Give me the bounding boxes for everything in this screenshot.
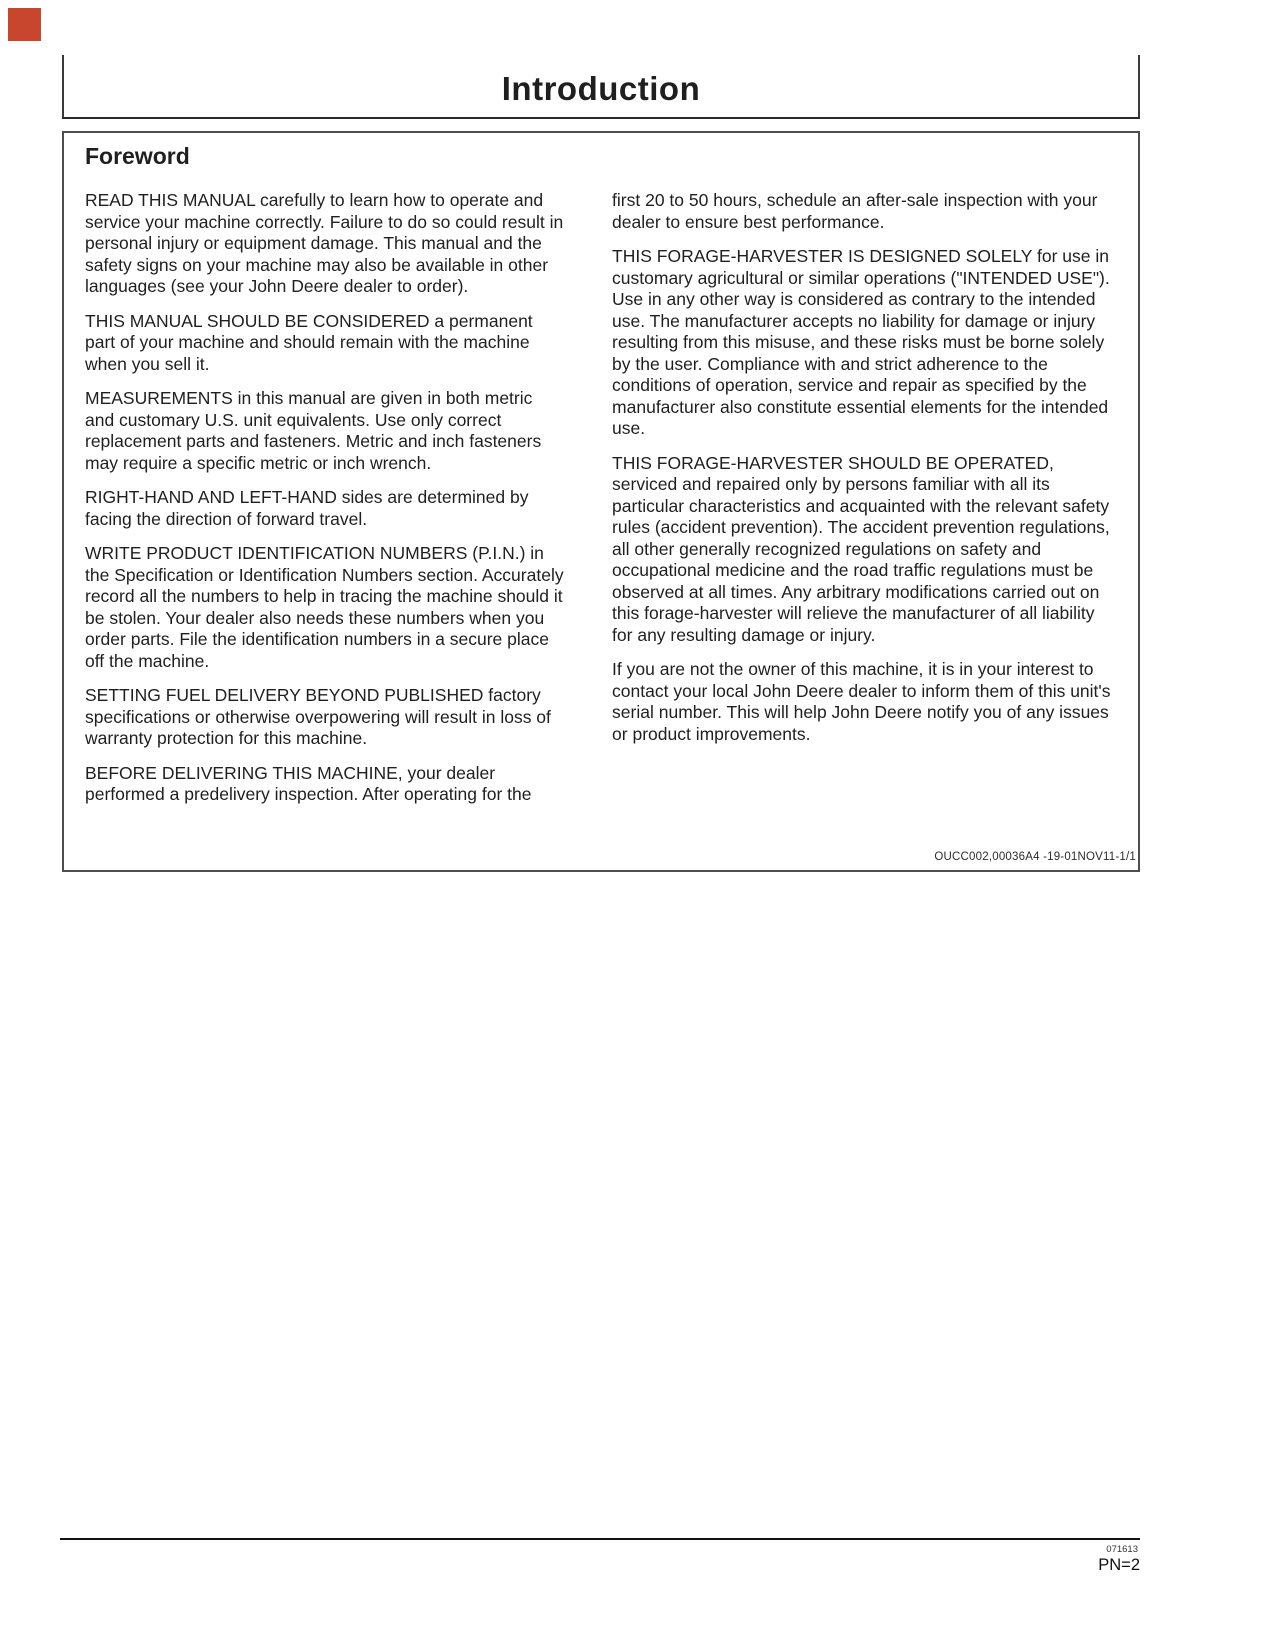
two-column-text: READ THIS MANUAL carefully to learn how … — [85, 190, 1115, 819]
foreword-section: Foreword READ THIS MANUAL carefully to l… — [62, 131, 1140, 872]
reference-code: OUCC002,00036A4 -19-01NOV11-1/1 — [934, 851, 1136, 863]
left-column: READ THIS MANUAL carefully to learn how … — [85, 190, 566, 819]
paragraph: If you are not the owner of this machine… — [612, 659, 1115, 745]
paragraph: SETTING FUEL DELIVERY BEYOND PUBLISHED f… — [85, 685, 566, 750]
section-tab-marker — [8, 8, 41, 41]
paragraph: WRITE PRODUCT IDENTIFICATION NUMBERS (P.… — [85, 543, 566, 672]
page-title: Introduction — [502, 72, 700, 117]
paragraph: MEASUREMENTS in this manual are given in… — [85, 388, 566, 474]
section-heading: Foreword — [85, 143, 1115, 170]
paragraph: THIS MANUAL SHOULD BE CONSIDERED a perma… — [85, 311, 566, 376]
manual-page: Introduction Foreword READ THIS MANUAL c… — [0, 0, 1275, 1650]
page-title-box: Introduction — [62, 55, 1140, 119]
right-column: first 20 to 50 hours, schedule an after-… — [612, 190, 1115, 819]
footer-page-number: PN=2 — [1098, 1556, 1140, 1575]
paragraph: THIS FORAGE-HARVESTER IS DESIGNED SOLELY… — [612, 246, 1115, 440]
paragraph: READ THIS MANUAL carefully to learn how … — [85, 190, 566, 298]
paragraph: BEFORE DELIVERING THIS MACHINE, your dea… — [85, 763, 566, 806]
paragraph: first 20 to 50 hours, schedule an after-… — [612, 190, 1115, 233]
footer-rule — [60, 1538, 1140, 1540]
paragraph: RIGHT-HAND AND LEFT-HAND sides are deter… — [85, 487, 566, 530]
paragraph: THIS FORAGE-HARVESTER SHOULD BE OPERATED… — [612, 453, 1115, 647]
footer-date-code: 071613 — [1106, 1544, 1138, 1555]
